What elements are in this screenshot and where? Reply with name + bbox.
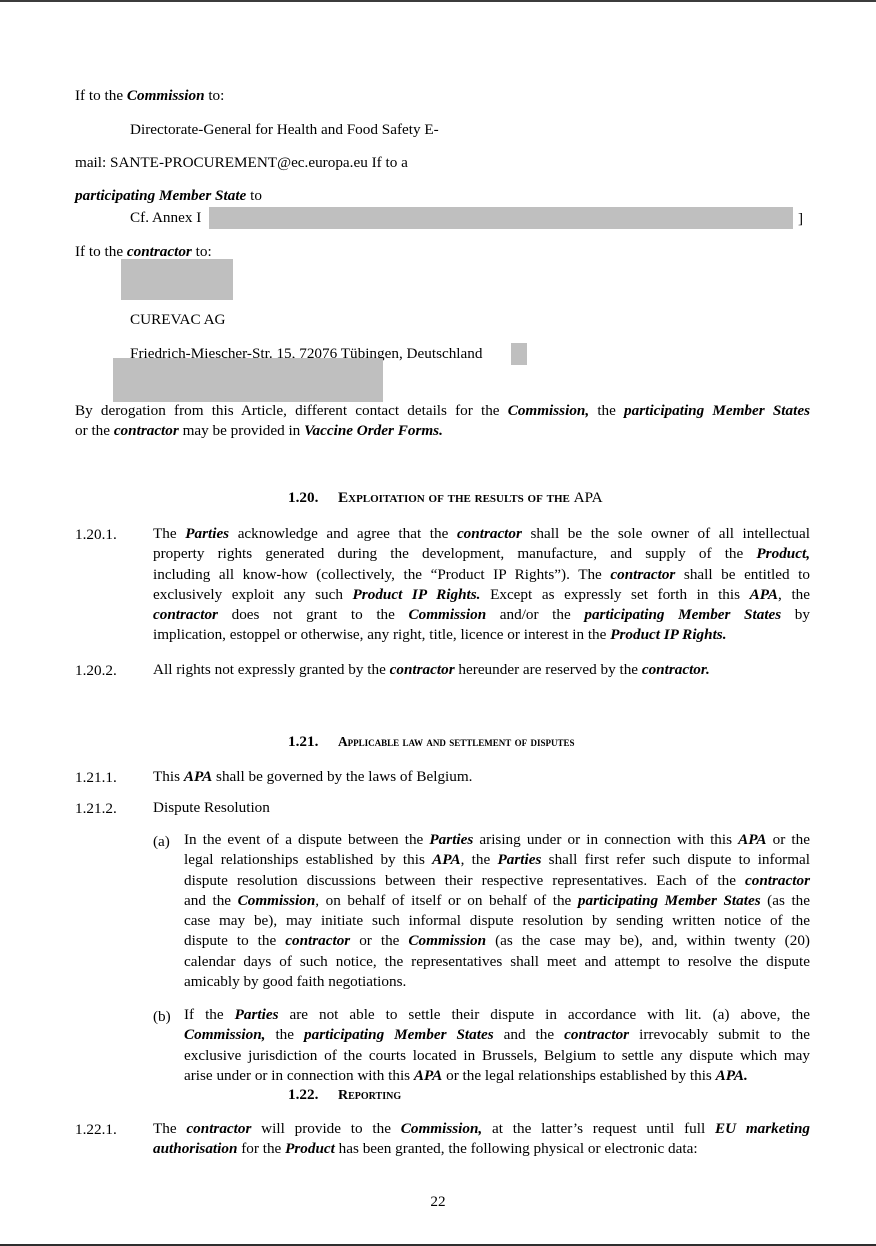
defined-term: Commission, bbox=[508, 402, 589, 419]
text: and the bbox=[494, 1026, 565, 1043]
defined-term: contractor bbox=[390, 661, 455, 678]
text: case may be), may initiate such informal… bbox=[184, 912, 810, 929]
defined-term: EU marketing bbox=[715, 1120, 810, 1137]
text: at the latter’s request until full bbox=[482, 1120, 715, 1137]
text-line: The contractor will provide to the Commi… bbox=[153, 1119, 810, 1139]
text: are not able to settle their dispute in … bbox=[279, 1006, 811, 1023]
text-line: including all know-how (collectively, th… bbox=[153, 565, 810, 585]
defined-term: contractor. bbox=[642, 661, 710, 678]
defined-term: Commission bbox=[127, 87, 205, 104]
defined-term: APA bbox=[414, 1067, 442, 1084]
section-heading-1-21: 1.21.Applicable law and settlement of di… bbox=[288, 733, 574, 751]
defined-term: Parties bbox=[429, 831, 473, 848]
clause-1-21-2-b: If the Parties are not able to settle th… bbox=[184, 1005, 810, 1086]
text: dispute to the bbox=[184, 932, 285, 949]
text: (as the case may be), and, within twenty… bbox=[486, 932, 810, 949]
text: This bbox=[153, 768, 184, 785]
section-heading-1-20: 1.20.Exploitation of the results of the … bbox=[288, 489, 603, 507]
defined-term: APA bbox=[738, 831, 766, 848]
text-line: amicably by good faith negotiations. bbox=[184, 972, 810, 992]
defined-term: contractor bbox=[610, 566, 675, 583]
annex-reference: Cf. Annex I bbox=[130, 209, 201, 227]
text: shall be the sole owner of all intellect… bbox=[522, 525, 810, 542]
text: The bbox=[153, 1120, 186, 1137]
defined-term: contractor bbox=[564, 1026, 629, 1043]
text-line: property rights generated during the dev… bbox=[153, 544, 810, 564]
text: does not grant to the bbox=[218, 606, 409, 623]
defined-term: Product IP Rights. bbox=[610, 626, 726, 643]
text: calendar days of such notice, the repres… bbox=[184, 953, 810, 970]
text-line: Commission, the participating Member Sta… bbox=[184, 1025, 810, 1045]
text: shall be entitled to bbox=[675, 566, 810, 583]
text: By derogation from this Article, differe… bbox=[75, 402, 508, 419]
page-top-border bbox=[0, 0, 876, 2]
defined-term: authorisation bbox=[153, 1140, 237, 1157]
text: implication, estoppel or otherwise, any … bbox=[153, 626, 610, 643]
commission-address-line-2: mail: SANTE-PROCUREMENT@ec.europa.eu If … bbox=[75, 154, 408, 172]
defined-term: participating Member State bbox=[75, 187, 246, 204]
redaction-block bbox=[121, 259, 233, 300]
text-line: authorisation for the Product has been g… bbox=[153, 1139, 810, 1159]
text-line: This APA shall be governed by the laws o… bbox=[153, 767, 810, 787]
text: arise under or in connection with this bbox=[184, 1067, 414, 1084]
text-line: All rights not expressly granted by the … bbox=[153, 660, 810, 680]
text-line: legal relationships established by this … bbox=[184, 850, 810, 870]
text-line: exclusively exploit any such Product IP … bbox=[153, 585, 810, 605]
clause-number: 1.21.2. bbox=[75, 800, 117, 818]
notice-commission-heading: If to the Commission to: bbox=[75, 87, 224, 105]
text: will provide to the bbox=[251, 1120, 400, 1137]
text-line: arise under or in connection with this A… bbox=[184, 1066, 810, 1086]
defined-term: Commission, bbox=[401, 1120, 482, 1137]
defined-term: contractor bbox=[127, 243, 192, 260]
text: exclusively exploit any such bbox=[153, 586, 353, 603]
text: for the bbox=[237, 1140, 285, 1157]
section-heading-1-22: 1.22.Reporting bbox=[288, 1086, 401, 1105]
text-line: In the event of a dispute between the Pa… bbox=[184, 830, 810, 850]
section-title-tail: APA bbox=[574, 489, 603, 506]
text: may be provided in bbox=[179, 422, 304, 439]
defined-term: contractor bbox=[114, 422, 179, 439]
text: hereunder are reserved by the bbox=[455, 661, 642, 678]
section-title: Exploitation of the results of the bbox=[338, 489, 570, 506]
text: the bbox=[265, 1026, 304, 1043]
defined-term: APA bbox=[750, 586, 778, 603]
text-line: and the Commission, on behalf of itself … bbox=[184, 891, 810, 911]
text-line: calendar days of such notice, the repres… bbox=[184, 952, 810, 972]
text: If to the bbox=[75, 243, 127, 260]
defined-term: Product IP Rights. bbox=[353, 586, 481, 603]
defined-term: contractor bbox=[285, 932, 350, 949]
text: Dispute Resolution bbox=[153, 799, 270, 816]
defined-term: contractor bbox=[186, 1120, 251, 1137]
text-line: dispute to the contractor or the Commiss… bbox=[184, 931, 810, 951]
text: arising under or in connection with this bbox=[473, 831, 738, 848]
text: property rights generated during the dev… bbox=[153, 545, 756, 562]
redaction-block bbox=[113, 358, 383, 402]
notice-member-state-heading: participating Member State to bbox=[75, 187, 262, 205]
contractor-name: CUREVAC AG bbox=[130, 311, 226, 329]
text: and the bbox=[184, 892, 238, 909]
section-number: 1.21. bbox=[288, 733, 338, 751]
text: amicably by good faith negotiations. bbox=[184, 973, 406, 990]
text: or the bbox=[350, 932, 408, 949]
clause-number: 1.20.2. bbox=[75, 662, 117, 680]
text-line: If the Parties are not able to settle th… bbox=[184, 1005, 810, 1025]
text: or the legal relationships established b… bbox=[442, 1067, 715, 1084]
item-label: (a) bbox=[153, 833, 170, 851]
text: All rights not expressly granted by the bbox=[153, 661, 390, 678]
defined-term: participating Member States bbox=[578, 892, 761, 909]
defined-term: participating Member States bbox=[584, 606, 781, 623]
redaction-block bbox=[511, 343, 527, 365]
clause-1-20-1: The Parties acknowledge and agree that t… bbox=[153, 524, 810, 646]
text: to bbox=[246, 187, 262, 204]
defined-term: Commission, bbox=[184, 1026, 265, 1043]
text: exclusive jurisdiction of the courts loc… bbox=[184, 1047, 810, 1064]
defined-term: contractor bbox=[745, 872, 810, 889]
section-number: 1.22. bbox=[288, 1086, 338, 1104]
clause-1-22-1: The contractor will provide to the Commi… bbox=[153, 1119, 810, 1160]
text-line: exclusive jurisdiction of the courts loc… bbox=[184, 1046, 810, 1066]
defined-term: Commission bbox=[409, 606, 487, 623]
text: shall be governed by the laws of Belgium… bbox=[212, 768, 472, 785]
section-title: Applicable law and settlement of dispute… bbox=[338, 734, 574, 749]
text: acknowledge and agree that the bbox=[229, 525, 457, 542]
clause-1-21-2-title: Dispute Resolution bbox=[153, 798, 810, 818]
defined-term: APA. bbox=[716, 1067, 748, 1084]
text: the bbox=[589, 402, 624, 419]
text: , the bbox=[778, 586, 810, 603]
defined-term: Product, bbox=[756, 545, 810, 562]
text-line: or the contractor may be provided in Vac… bbox=[75, 421, 810, 441]
text: , the bbox=[461, 851, 498, 868]
clause-number: 1.22.1. bbox=[75, 1121, 117, 1139]
page-number: 22 bbox=[0, 1193, 876, 1211]
text: or the bbox=[767, 831, 810, 848]
text: Except as expressly set forth in this bbox=[480, 586, 749, 603]
clause-1-20-2: All rights not expressly granted by the … bbox=[153, 660, 810, 680]
text-line: implication, estoppel or otherwise, any … bbox=[153, 625, 810, 645]
defined-term: Product bbox=[285, 1140, 335, 1157]
derogation-paragraph: By derogation from this Article, differe… bbox=[75, 401, 810, 442]
text: dispute resolution discussions between t… bbox=[184, 872, 745, 889]
text: If to the bbox=[75, 87, 127, 104]
text: including all know-how (collectively, th… bbox=[153, 566, 610, 583]
text-line: The Parties acknowledge and agree that t… bbox=[153, 524, 810, 544]
defined-term: contractor bbox=[457, 525, 522, 542]
text: and/or the bbox=[486, 606, 584, 623]
text-line: dispute resolution discussions between t… bbox=[184, 871, 810, 891]
text: has been granted, the following physical… bbox=[335, 1140, 698, 1157]
text: (as the bbox=[761, 892, 810, 909]
text: In the event of a dispute between the bbox=[184, 831, 429, 848]
text: by bbox=[781, 606, 810, 623]
text-line: Dispute Resolution bbox=[153, 798, 810, 818]
text: to: bbox=[192, 243, 212, 260]
clause-number: 1.21.1. bbox=[75, 769, 117, 787]
section-number: 1.20. bbox=[288, 489, 338, 507]
text-line: contractor does not grant to the Commiss… bbox=[153, 605, 810, 625]
clause-1-21-2-a: In the event of a dispute between the Pa… bbox=[184, 830, 810, 992]
defined-term: participating Member States bbox=[304, 1026, 494, 1043]
defined-term: Parties bbox=[235, 1006, 279, 1023]
section-title: Reporting bbox=[338, 1088, 401, 1103]
text-line: By derogation from this Article, differe… bbox=[75, 401, 810, 421]
defined-term: Parties bbox=[185, 525, 229, 542]
text: shall first refer such dispute to inform… bbox=[541, 851, 810, 868]
defined-term: Vaccine Order Forms. bbox=[304, 422, 443, 439]
defined-term: APA bbox=[184, 768, 212, 785]
clause-1-21-1: This APA shall be governed by the laws o… bbox=[153, 767, 810, 787]
text: or the bbox=[75, 422, 114, 439]
defined-term: Parties bbox=[498, 851, 542, 868]
defined-term: participating Member States bbox=[624, 402, 810, 419]
text: legal relationships established by this bbox=[184, 851, 432, 868]
text: If the bbox=[184, 1006, 235, 1023]
defined-term: APA bbox=[432, 851, 460, 868]
text: to: bbox=[205, 87, 225, 104]
defined-term: Commission bbox=[238, 892, 316, 909]
commission-address-line-1: Directorate-General for Health and Food … bbox=[130, 121, 439, 139]
redaction-block bbox=[209, 207, 793, 229]
text: irrevocably submit to the bbox=[629, 1026, 810, 1043]
annex-bracket: ] bbox=[798, 210, 803, 228]
defined-term: Commission bbox=[408, 932, 486, 949]
clause-number: 1.20.1. bbox=[75, 526, 117, 544]
text: , on behalf of itself or on behalf of th… bbox=[315, 892, 578, 909]
text-line: case may be), may initiate such informal… bbox=[184, 911, 810, 931]
text: The bbox=[153, 525, 185, 542]
defined-term: contractor bbox=[153, 606, 218, 623]
item-label: (b) bbox=[153, 1008, 171, 1026]
